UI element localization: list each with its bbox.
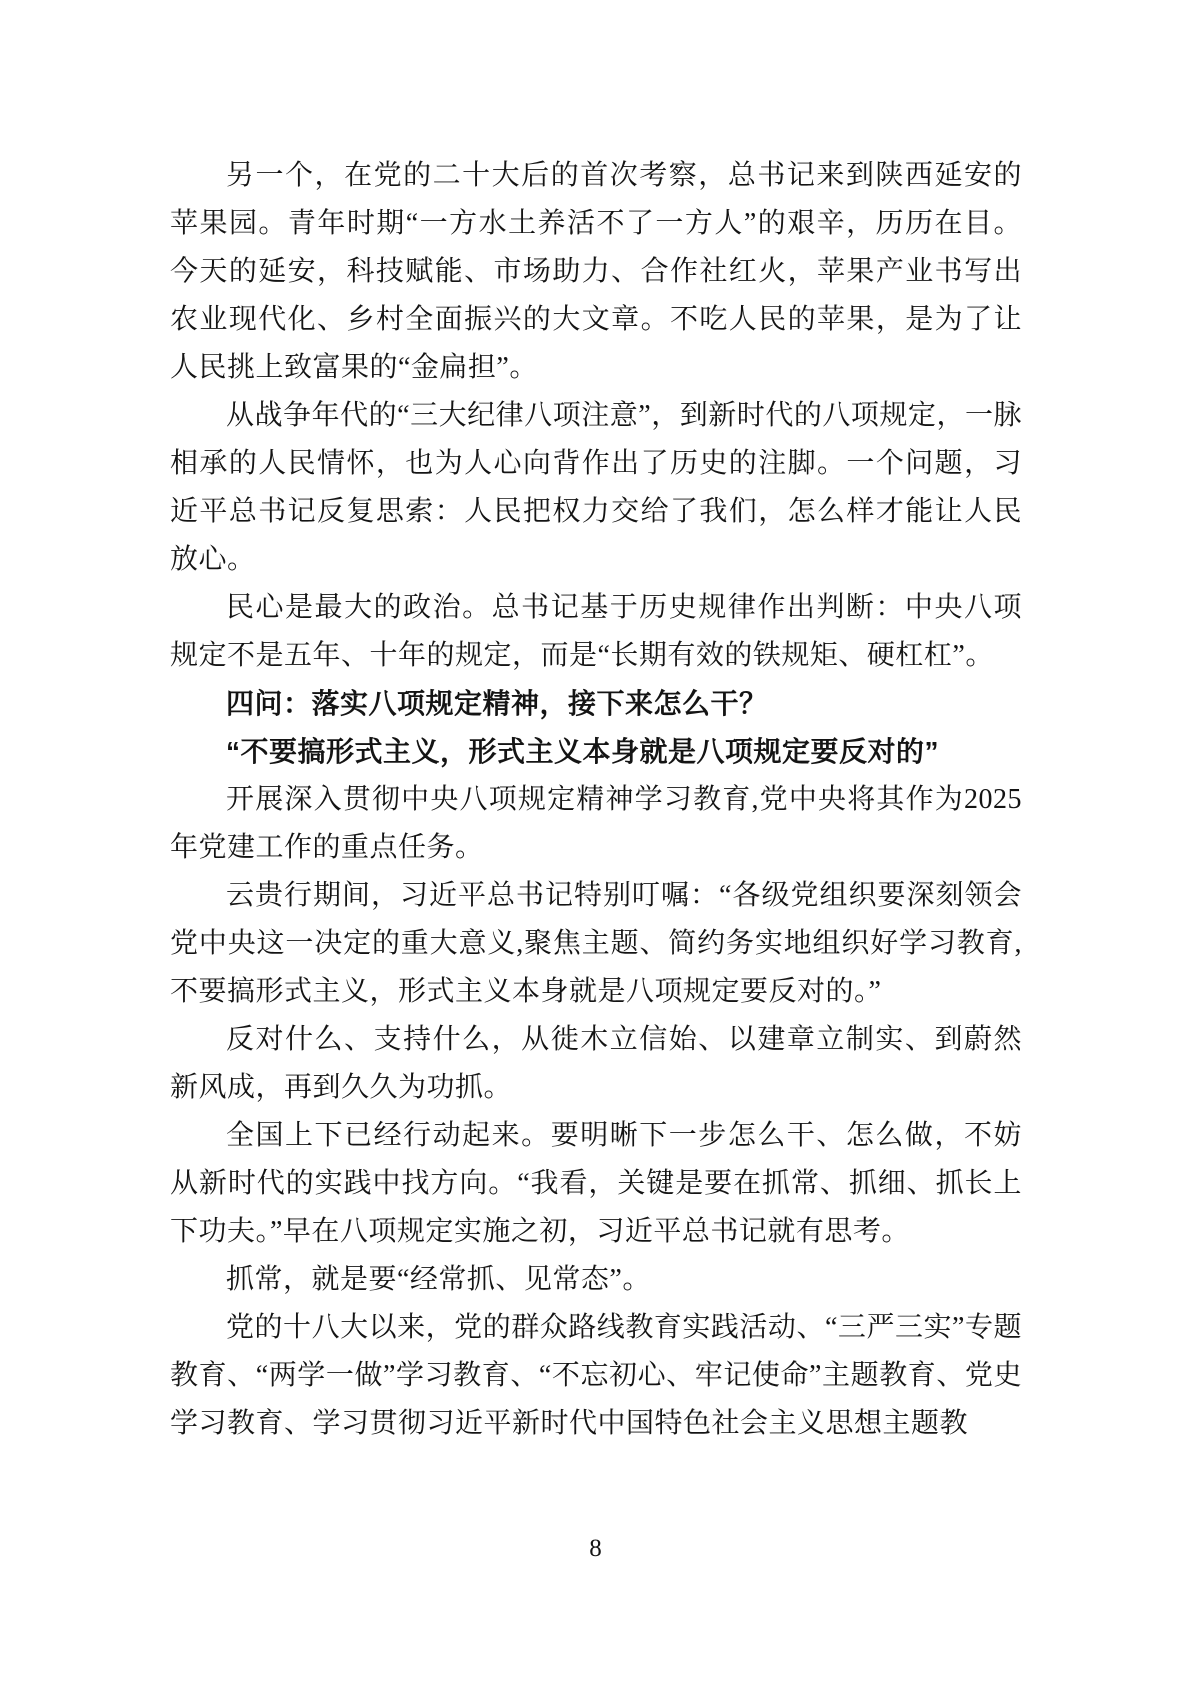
- body-paragraph: 另一个，在党的二十大后的首次考察，总书记来到陕西延安的苹果园。青年时期“一方水土…: [170, 152, 1022, 392]
- body-paragraph: 民心是最大的政治。总书记基于历史规律作出判断：中央八项规定不是五年、十年的规定，…: [170, 584, 1022, 680]
- page-footer: 8: [0, 1534, 1191, 1564]
- body-paragraph: 反对什么、支持什么，从徙木立信始、以建章立制实、到蔚然新风成，再到久久为功抓。: [170, 1016, 1022, 1112]
- body-paragraph: 抓常，就是要“经常抓、见常态”。: [170, 1256, 1022, 1304]
- page-number: 8: [589, 1535, 602, 1562]
- body-paragraph: 党的十八大以来，党的群众路线教育实践活动、“三严三实”专题教育、“两学一做”学习…: [170, 1304, 1022, 1448]
- section-heading: “不要搞形式主义，形式主义本身就是八项规定要反对的”: [170, 728, 1022, 776]
- body-paragraph: 全国上下已经行动起来。要明晰下一步怎么干、怎么做，不妨从新时代的实践中找方向。“…: [170, 1112, 1022, 1256]
- body-paragraph: 从战争年代的“三大纪律八项注意”，到新时代的八项规定，一脉相承的人民情怀，也为人…: [170, 392, 1022, 584]
- body-paragraph: 开展深入贯彻中央八项规定精神学习教育,党中央将其作为2025年党建工作的重点任务…: [170, 776, 1022, 872]
- section-heading: 四问：落实八项规定精神，接下来怎么干？: [170, 680, 1022, 728]
- body-paragraph: 云贵行期间，习近平总书记特别叮嘱：“各级党组织要深刻领会党中央这一决定的重大意义…: [170, 872, 1022, 1016]
- document-body: 另一个，在党的二十大后的首次考察，总书记来到陕西延安的苹果园。青年时期“一方水土…: [170, 152, 1022, 1448]
- document-page: 另一个，在党的二十大后的首次考察，总书记来到陕西延安的苹果园。青年时期“一方水土…: [0, 0, 1191, 1684]
